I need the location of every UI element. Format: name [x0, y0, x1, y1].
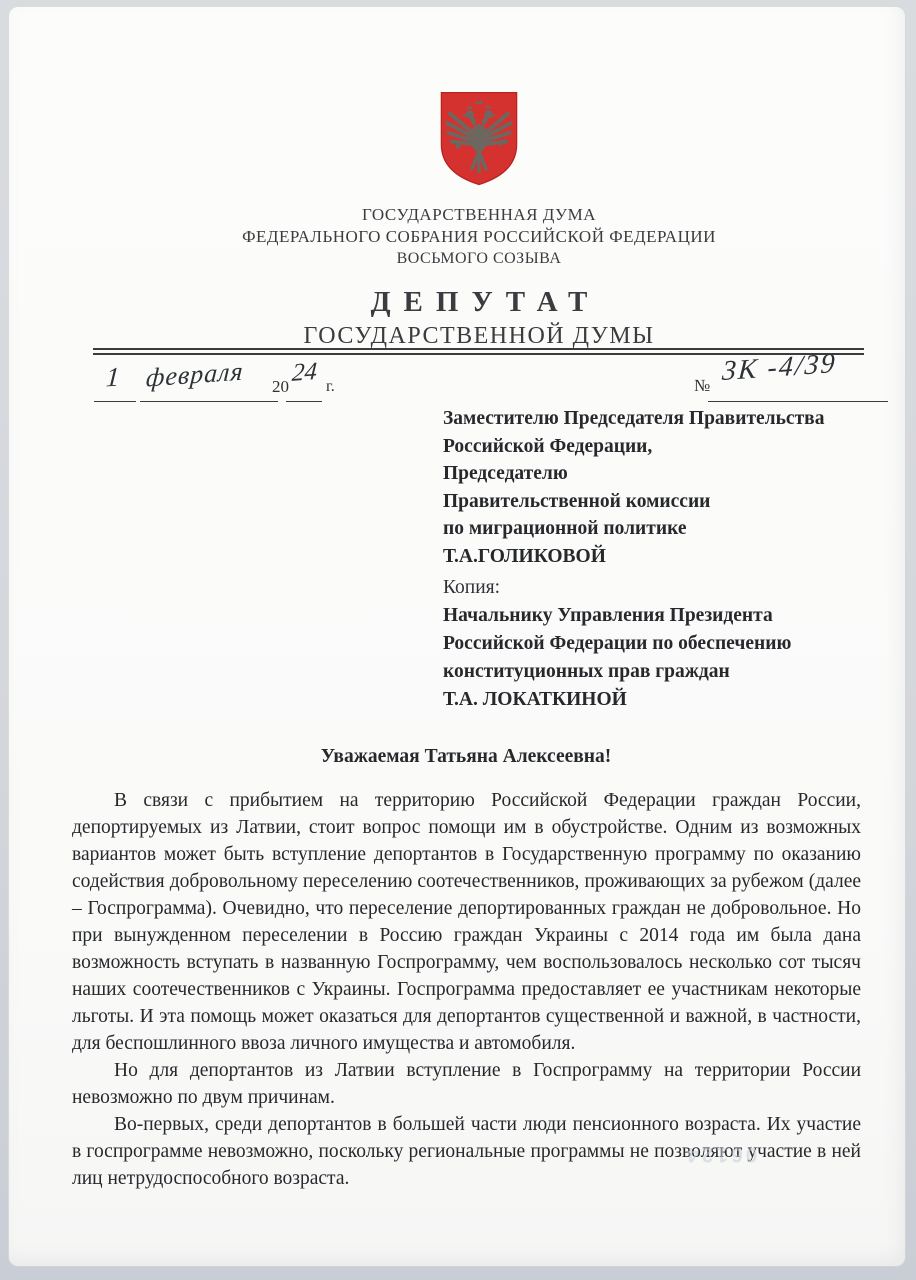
scanned-letter-photo: { "document": { "type": "official-letter… [0, 0, 916, 1280]
copy-label: Копия: [443, 574, 791, 602]
org-name-line3: ВОСЬМОГО СОЗЫВА [30, 248, 916, 270]
copy-line: Российской Федерации по обеспечению [443, 630, 791, 658]
copy-line: Начальнику Управления Президента [443, 602, 791, 630]
body-paragraph-1: В связи с прибытием на территорию Россий… [72, 787, 861, 1057]
recipient-line: по миграционной политике [443, 515, 824, 543]
recipient-line: Заместителю Председателя Правительства [443, 405, 824, 433]
russia-coat-of-arms-icon [435, 90, 523, 188]
bleed-through-stamp-number: 06124 [684, 1142, 757, 1166]
handwritten-day: 1 [105, 361, 121, 393]
deputy-subtitle: ГОСУДАРСТВЕННОЙ ДУМЫ [30, 323, 916, 350]
day-underline [94, 400, 136, 402]
recipient-line: Российской Федерации, [443, 433, 824, 461]
number-label: № [694, 376, 710, 396]
copy-block: Копия: Начальнику Управления Президента … [443, 574, 791, 714]
recipient-line: Председателю [443, 460, 824, 488]
handwritten-month: февраля [145, 356, 245, 393]
letter-page: ГОСУДАРСТВЕННАЯ ДУМА ФЕДЕРАЛЬНОГО СОБРАН… [8, 6, 906, 1267]
org-name-line1: ГОСУДАРСТВЕННАЯ ДУМА [30, 204, 916, 226]
handwritten-year: 24 [291, 358, 318, 388]
year-suffix-label: г. [326, 378, 335, 396]
month-underline [140, 400, 278, 402]
letterhead: ГОСУДАРСТВЕННАЯ ДУМА ФЕДЕРАЛЬНОГО СОБРАН… [30, 90, 916, 350]
copy-recipient-name: Т.А. ЛОКАТКИНОЙ [443, 686, 791, 714]
copy-line: конституционных прав граждан [443, 658, 791, 686]
salutation: Уважаемая Татьяна Алексеевна! [72, 746, 860, 768]
org-name-line2: ФЕДЕРАЛЬНОГО СОБРАНИЯ РОССИЙСКОЙ ФЕДЕРАЦ… [30, 226, 916, 248]
year-underline [286, 400, 322, 402]
letter-body: В связи с прибытием на территорию Россий… [72, 787, 861, 1192]
recipient-line: Правительственной комиссии [443, 488, 824, 516]
recipient-name: Т.А.ГОЛИКОВОЙ [443, 543, 824, 571]
recipient-block: Заместителю Председателя Правительства Р… [443, 405, 824, 570]
handwritten-number: 3К -4/39 [721, 348, 838, 388]
number-underline [708, 400, 888, 402]
year-prefix-printed: 20 [272, 377, 289, 397]
deputy-title: ДЕПУТАТ [30, 286, 916, 319]
body-paragraph-2: Но для депортантов из Латвии вступление … [72, 1057, 861, 1111]
